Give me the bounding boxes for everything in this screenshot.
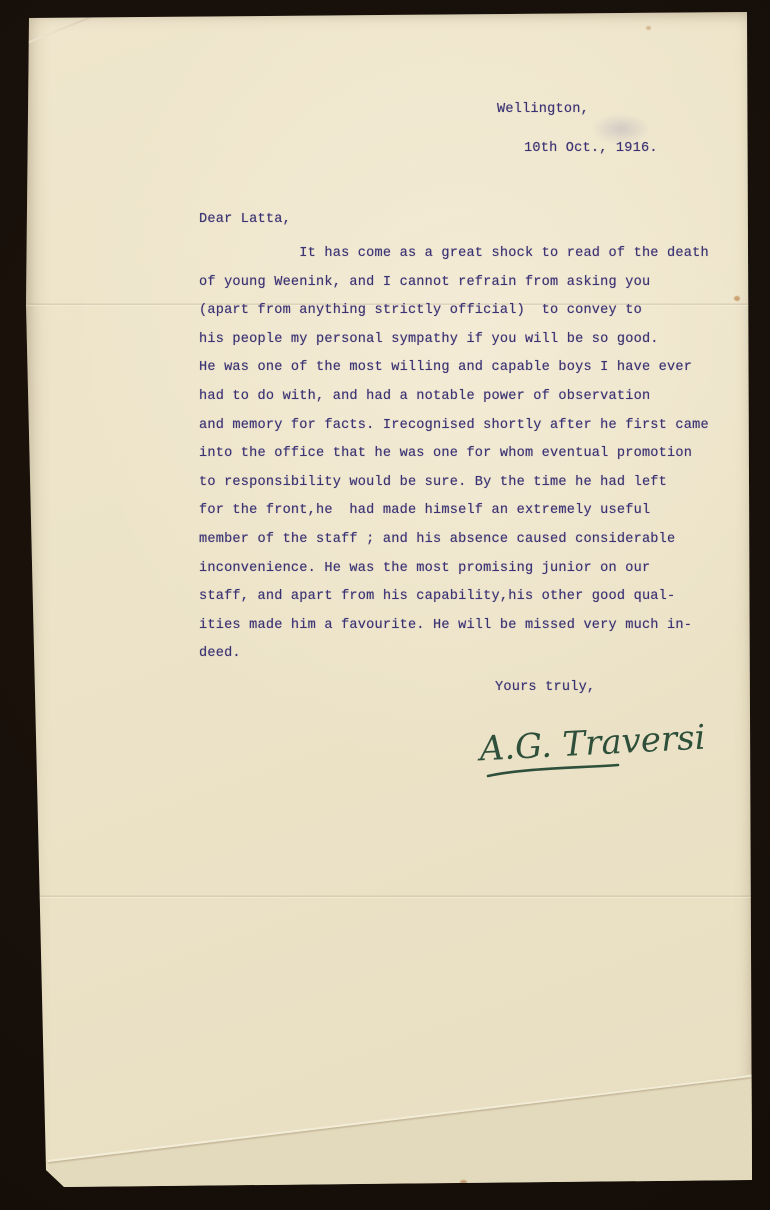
corner-crease xyxy=(12,7,115,50)
paper-stain xyxy=(734,296,740,301)
letter-salutation: Dear Latta, xyxy=(199,212,291,227)
letter-closing: Yours truly, xyxy=(495,680,595,695)
signature-text: A.G. Traversi xyxy=(476,718,707,770)
fold-crease-middle xyxy=(26,895,752,898)
signature-svg: A.G. Traversi xyxy=(466,702,736,802)
letter-date: 10th Oct., 1916. xyxy=(524,141,658,156)
ink-smudge xyxy=(592,114,650,144)
signature: A.G. Traversi xyxy=(466,702,736,802)
letter-paper: Wellington, 10th Oct., 1916. Dear Latta,… xyxy=(26,12,752,1190)
letter-photograph: Wellington, 10th Oct., 1916. Dear Latta,… xyxy=(0,0,770,1210)
letter-place: Wellington, xyxy=(497,102,589,117)
paper-stain xyxy=(646,26,651,30)
letter-body: It has come as a great shock to read of … xyxy=(199,240,709,669)
paper-stain xyxy=(460,1180,467,1185)
